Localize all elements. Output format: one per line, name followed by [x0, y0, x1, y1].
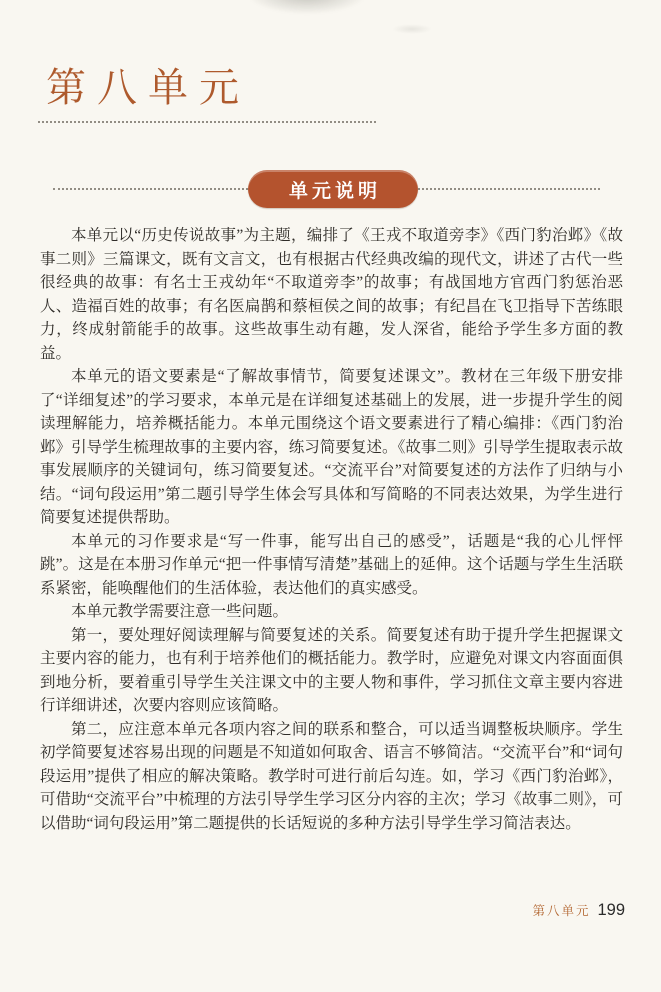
footer-unit-label: 第八单元 [532, 901, 590, 919]
scan-smudge [248, 0, 366, 14]
scan-smudge [392, 24, 432, 34]
body-paragraph: 本单元的习作要求是“写一件事，能写出自己的感受”，话题是“我的心儿怦怦跳”。这是… [40, 530, 623, 601]
unit-description-text: 本单元以“历史传说故事”为主题，编排了《王戎不取道旁李》《西门豹治邺》《故事二则… [40, 224, 623, 835]
book-page: 第八单元 单元说明 本单元以“历史传说故事”为主题，编排了《王戎不取道旁李》《西… [0, 0, 661, 992]
page-footer: 第八单元 199 [532, 901, 625, 920]
section-badge-label: 单元说明 [285, 176, 381, 203]
badge-dotted-rule-left [53, 188, 248, 190]
footer-page-number: 199 [597, 901, 625, 920]
body-paragraph: 第二，应注意本单元各项内容之间的联系和整合，可以适当调整板块顺序。学生初学简要复… [40, 718, 623, 836]
body-paragraph: 本单元以“历史传说故事”为主题，编排了《王戎不取道旁李》《西门豹治邺》《故事二则… [40, 224, 623, 365]
unit-title: 第八单元 [46, 64, 250, 112]
body-paragraph: 本单元教学需要注意一些问题。 [40, 600, 623, 624]
section-badge: 单元说明 [248, 170, 418, 208]
body-paragraph: 第一，要处理好阅读理解与简要复述的关系。简要复述有助于提升学生把握课文主要内容的… [40, 624, 623, 718]
badge-dotted-rule-right [418, 188, 600, 190]
body-paragraph: 本单元的语文要素是“了解故事情节，简要复述课文”。教材在三年级下册安排了“详细复… [40, 365, 623, 530]
title-dotted-rule [38, 121, 376, 123]
